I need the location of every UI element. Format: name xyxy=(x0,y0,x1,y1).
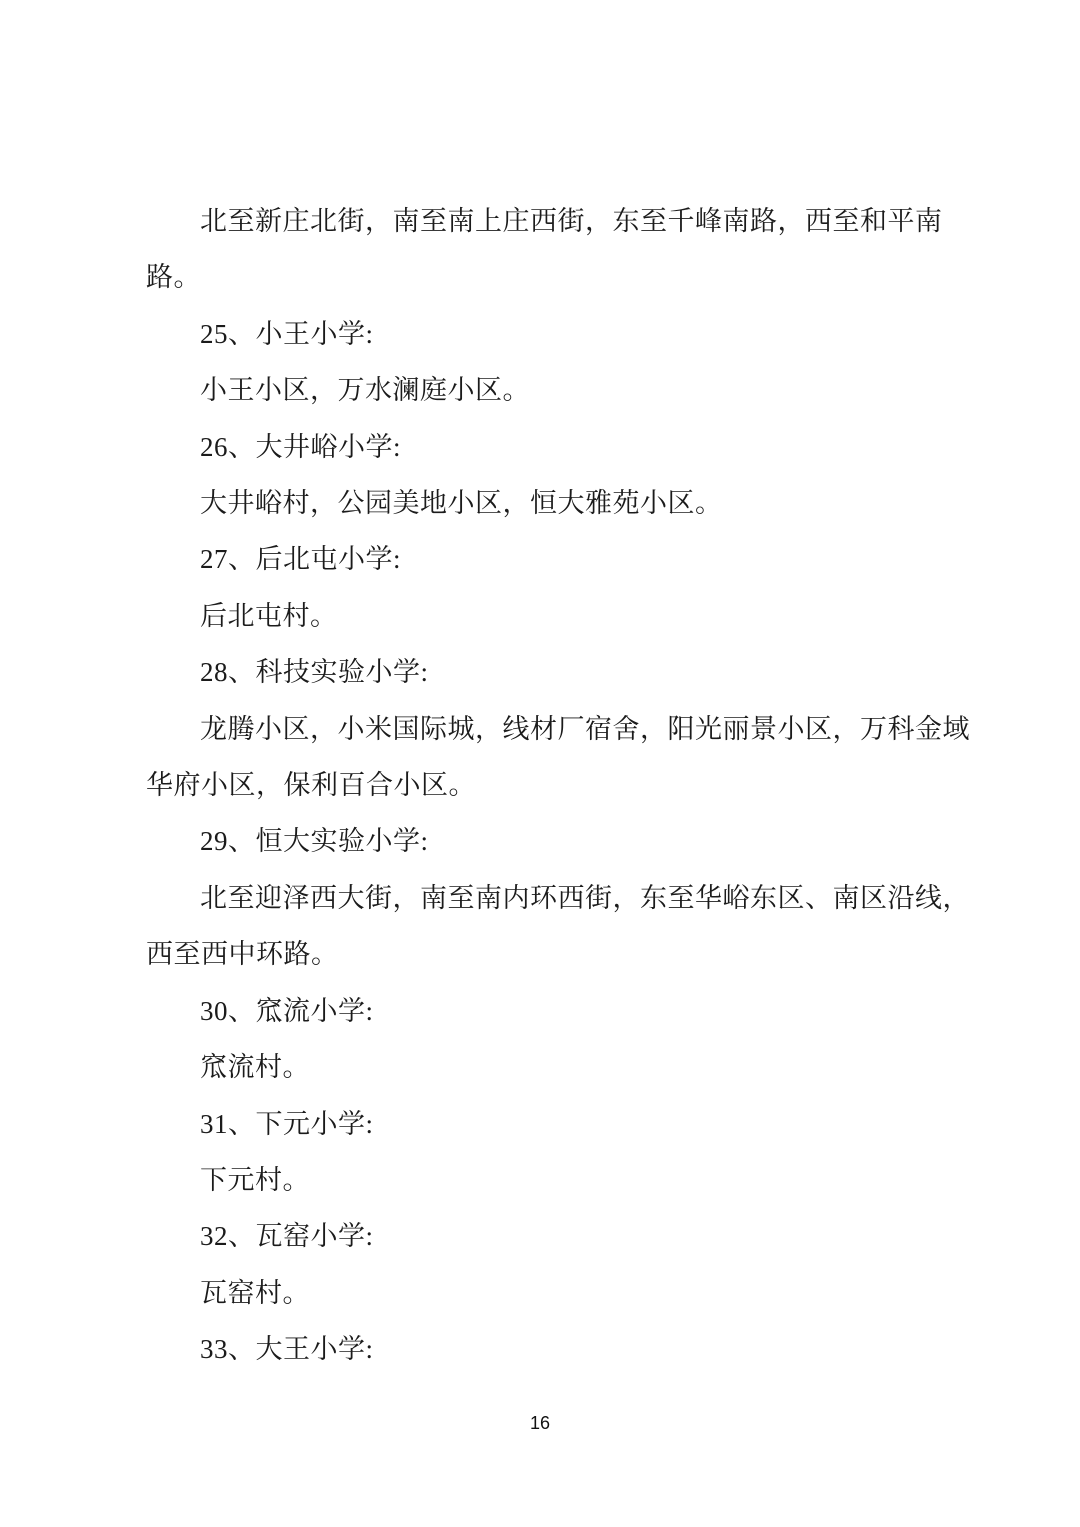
document-line: 25、小王小学: xyxy=(146,306,956,362)
document-line: 窊流村。 xyxy=(146,1039,956,1095)
document-line: 龙腾小区，小米国际城，线材厂宿舍，阳光丽景小区，万科金域 xyxy=(146,701,956,757)
document-line: 28、科技实验小学: xyxy=(146,644,956,700)
document-line: 瓦窑村。 xyxy=(146,1265,956,1321)
document-line: 北至新庄北街，南至南上庄西街，东至千峰南路，西至和平南 xyxy=(146,193,956,249)
page-number: 16 xyxy=(0,1412,1080,1434)
document-line: 北至迎泽西大街，南至南内环西街，东至华峪东区、南区沿线， xyxy=(146,870,956,926)
document-line: 大井峪村，公园美地小区，恒大雅苑小区。 xyxy=(146,475,956,531)
document-line: 西至西中环路。 xyxy=(146,926,956,982)
document-line: 33、大王小学: xyxy=(146,1321,956,1377)
document-line: 下元村。 xyxy=(146,1152,956,1208)
document-line: 后北屯村。 xyxy=(146,588,956,644)
document-line: 31、下元小学: xyxy=(146,1096,956,1152)
document-line: 路。 xyxy=(146,249,956,305)
document-page: 北至新庄北街，南至南上庄西街，东至千峰南路，西至和平南 路。 25、小王小学: … xyxy=(0,0,1080,1527)
document-line: 华府小区，保利百合小区。 xyxy=(146,757,956,813)
document-line: 27、后北屯小学: xyxy=(146,531,956,587)
document-line: 32、瓦窑小学: xyxy=(146,1208,956,1264)
document-line: 26、大井峪小学: xyxy=(146,419,956,475)
document-line: 29、恒大实验小学: xyxy=(146,813,956,869)
document-line: 小王小区，万水澜庭小区。 xyxy=(146,362,956,418)
document-body: 北至新庄北街，南至南上庄西街，东至千峰南路，西至和平南 路。 25、小王小学: … xyxy=(146,193,956,1378)
document-line: 30、窊流小学: xyxy=(146,983,956,1039)
